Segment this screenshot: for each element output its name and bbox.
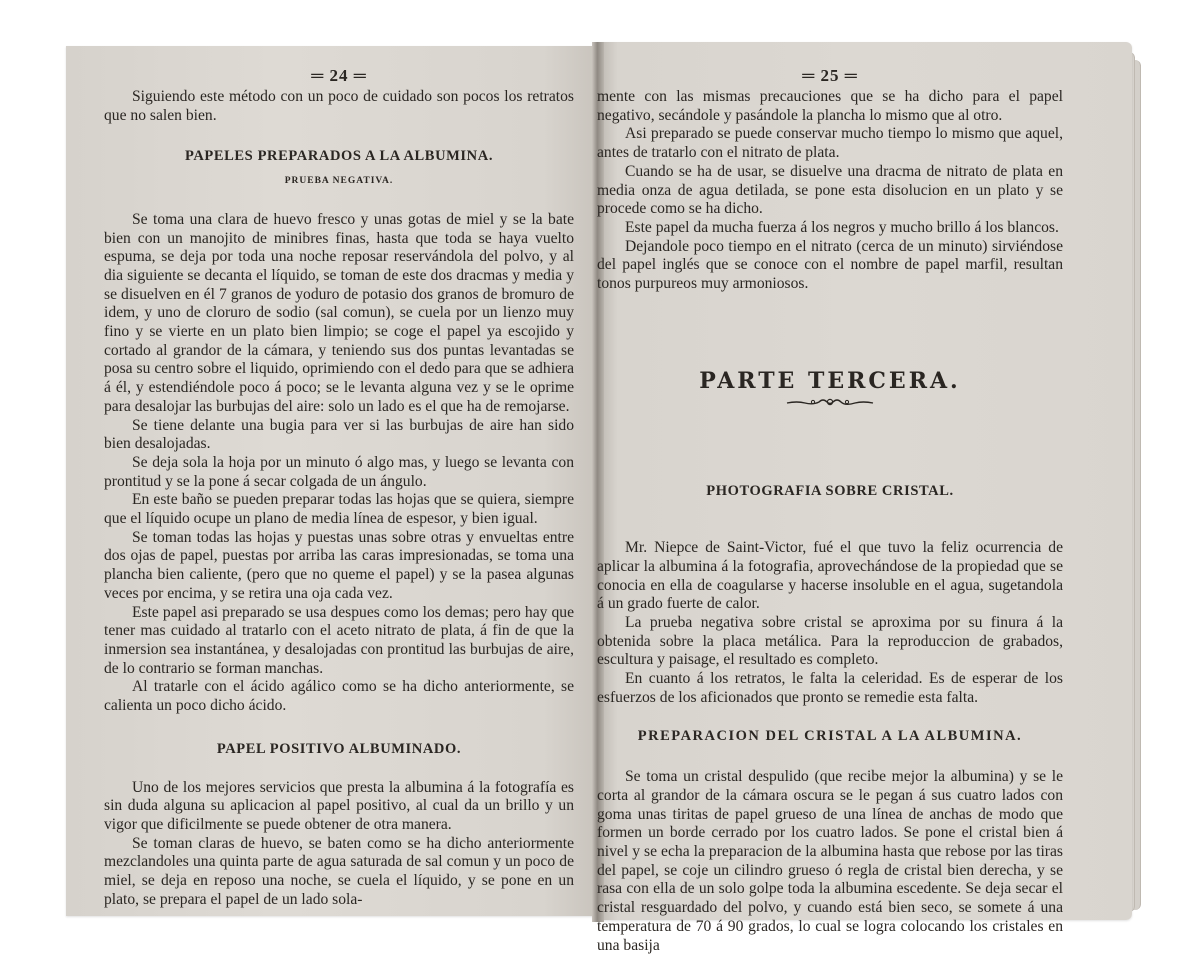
ornament-rule-icon [785,396,875,408]
subsection-heading: PRUEBA NEGATIVA. [104,172,574,191]
paragraph: Cuando se ha de usar, se disuelve una dr… [597,163,1063,219]
page-number: ═ 25 ═ [597,68,1063,84]
paragraph: Siguiendo este método con un poco de cui… [104,88,574,125]
right-page-text: ═ 25 ═ mente con las mismas precauciones… [597,68,1063,955]
section-heading: PAPEL POSITIVO ALBUMINADO. [104,740,574,759]
section-heading: PHOTOGRAFIA SOBRE CRISTAL. [597,482,1063,501]
paragraph: Al tratarle con el ácido agálico como se… [104,678,574,715]
paragraph: Se toman claras de huevo, se baten como … [104,835,574,910]
paragraph: mente con las mismas precauciones que se… [597,88,1063,125]
paragraph: Se deja sola la hoja por un minuto ó alg… [104,454,574,491]
paragraph: Asi preparado se puede conservar mucho t… [597,125,1063,162]
part-title: PARTE TERCERA. [597,372,1063,391]
paragraph: Se toman todas las hojas y puestas unas … [104,529,574,604]
paragraph: En cuanto á los retratos, le falta la ce… [597,670,1063,707]
paragraph: Mr. Niepce de Saint-Victor, fué el que t… [597,539,1063,614]
paragraph: Dejandole poco tiempo en el nitrato (cer… [597,238,1063,294]
paragraph: Este papel asi preparado se usa despues … [104,604,574,679]
paragraph: En este baño se pueden preparar todas la… [104,491,574,528]
paragraph: Se tiene delante una bugia para ver si l… [104,417,574,454]
paragraph: La prueba negativa sobre cristal se apro… [597,614,1063,670]
paragraph: Uno de los mejores servicios que presta … [104,779,574,835]
section-heading: PREPARACION DEL CRISTAL A LA ALBUMINA. [597,727,1063,746]
paragraph: Se toma una clara de huevo fresco y unas… [104,211,574,417]
paragraph: Este papel da mucha fuerza á los negros … [597,219,1063,238]
left-page-text: ═ 24 ═ Siguiendo este método con un poco… [104,68,574,909]
section-heading: PAPELES PREPARADOS A LA ALBUMINA. [104,147,574,166]
paragraph: Se toma un cristal despulido (que recibe… [597,768,1063,955]
page-number: ═ 24 ═ [104,68,574,84]
